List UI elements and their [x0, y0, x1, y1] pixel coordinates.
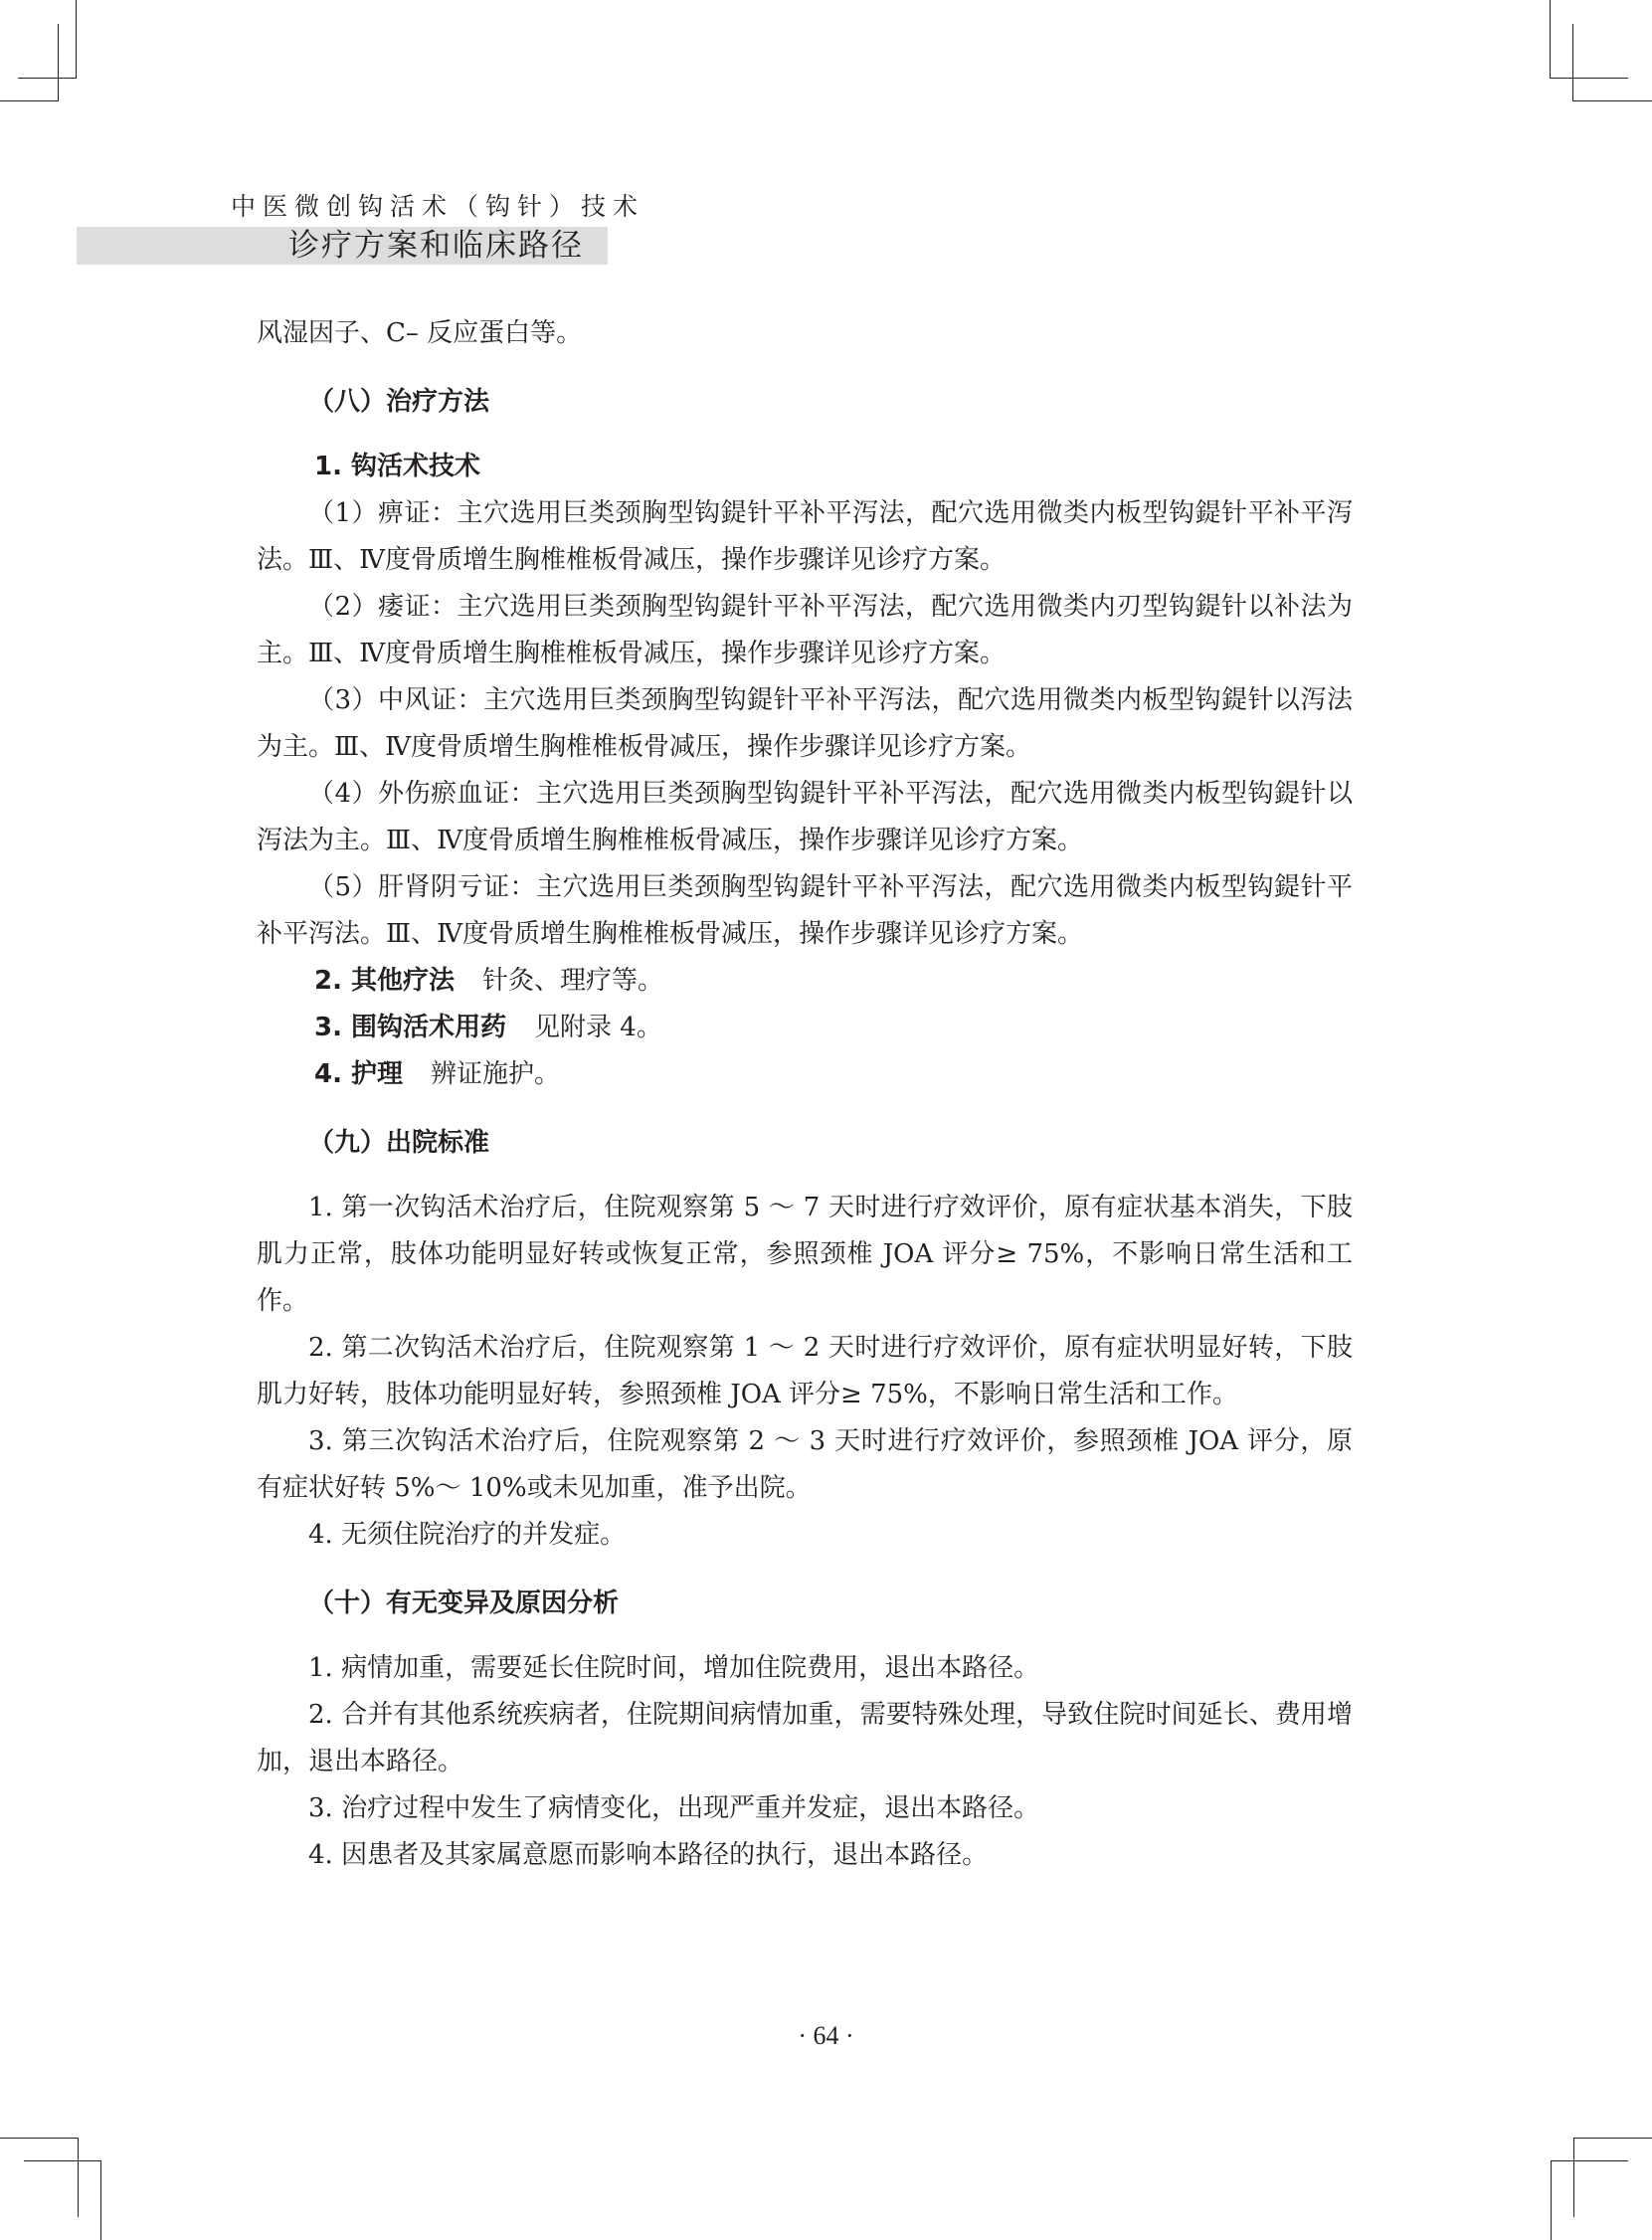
paragraph: 3. 治疗过程中发生了病情变化，出现严重并发症，退出本路径。	[257, 1785, 1353, 1832]
crop-mark	[100, 2160, 101, 2240]
item-text: 见附录 4。	[534, 1013, 662, 1042]
page-number: · 64 ·	[0, 2021, 1652, 2051]
paragraph: 4. 无须住院治疗的并发症。	[257, 1512, 1353, 1559]
item-text: 辨证施护。	[431, 1059, 560, 1089]
paragraph: 1. 第一次钩活术治疗后，住院观察第 5 ～ 7 天时进行疗效评价，原有症状基本…	[257, 1185, 1353, 1325]
subsection-heading-technique: 1. 钩活术技术	[257, 444, 1353, 490]
section-heading-discharge: （九）出院标准	[257, 1120, 1353, 1167]
crop-mark	[1550, 0, 1551, 79]
crop-mark	[1551, 2160, 1552, 2240]
crop-mark	[58, 24, 59, 101]
list-item: 2. 其他疗法针灸、理疗等。	[257, 958, 1353, 1005]
paragraph: 2. 合并有其他系统疾病者，住院期间病情加重，需要特殊处理，导致住院时间延长、费…	[257, 1692, 1353, 1785]
book-subtitle: 诊疗方案和临床路径	[288, 227, 584, 265]
paragraph: （1）痹证：主穴选用巨类颈胸型钩鍉针平补平泻法，配穴选用微类内板型钩鍉针平补平泻…	[257, 490, 1353, 584]
paragraph: （5）肝肾阴亏证：主穴选用巨类颈胸型钩鍉针平补平泻法，配穴选用微类内板型钩鍉针平…	[257, 864, 1353, 958]
item-text: 针灸、理疗等。	[482, 966, 663, 996]
paragraph: （2）痿证：主穴选用巨类颈胸型钩鍉针平补平泻法，配穴选用微类内刃型钩鍉针以补法为…	[257, 584, 1353, 677]
section-heading-treatment: （八）治疗方法	[257, 379, 1353, 426]
crop-mark	[78, 2138, 79, 2217]
crop-mark	[1572, 24, 1573, 101]
section-heading-variation: （十）有无变异及原因分析	[257, 1581, 1353, 1627]
paragraph: （4）外伤瘀血证：主穴选用巨类颈胸型钩鍉针平补平泻法，配穴选用微类内板型钩鍉针以…	[257, 771, 1353, 864]
item-label: 4. 护理	[314, 1059, 403, 1089]
paragraph: 3. 第三次钩活术治疗后，住院观察第 2 ～ 3 天时进行疗效评价，参照颈椎 J…	[257, 1418, 1353, 1512]
crop-mark	[24, 2160, 101, 2161]
page-body: 风湿因子、C– 反应蛋白等。 （八）治疗方法 1. 钩活术技术 （1）痹证：主穴…	[257, 310, 1353, 1879]
paragraph: （3）中风证：主穴选用巨类颈胸型钩鍉针平补平泻法，配穴选用微类内板型钩鍉针以泻法…	[257, 677, 1353, 771]
item-label: 2. 其他疗法	[314, 966, 455, 996]
crop-mark	[0, 2138, 79, 2139]
crop-mark	[18, 78, 77, 79]
crop-mark	[1573, 2138, 1574, 2217]
crop-mark	[1550, 78, 1628, 79]
paragraph: 4. 因患者及其家属意愿而影响本路径的执行，退出本路径。	[257, 1832, 1353, 1879]
crop-mark	[1572, 100, 1652, 101]
crop-mark	[0, 100, 59, 101]
paragraph: 2. 第二次钩活术治疗后，住院观察第 1 ～ 2 天时进行疗效评价，原有症状明显…	[257, 1325, 1353, 1418]
list-item: 3. 围钩活术用药见附录 4。	[257, 1005, 1353, 1051]
crop-mark	[76, 0, 77, 79]
crop-mark	[1551, 2160, 1628, 2161]
list-item: 4. 护理辨证施护。	[257, 1051, 1353, 1098]
crop-mark	[1573, 2138, 1652, 2139]
book-title: 中医微创钩活术（钩针）技术	[231, 187, 644, 223]
header-bar: 诊疗方案和临床路径	[77, 227, 608, 265]
continuation-text: 风湿因子、C– 反应蛋白等。	[257, 310, 1353, 357]
paragraph: 1. 病情加重，需要延长住院时间，增加住院费用，退出本路径。	[257, 1645, 1353, 1692]
item-label: 3. 围钩活术用药	[314, 1013, 506, 1042]
